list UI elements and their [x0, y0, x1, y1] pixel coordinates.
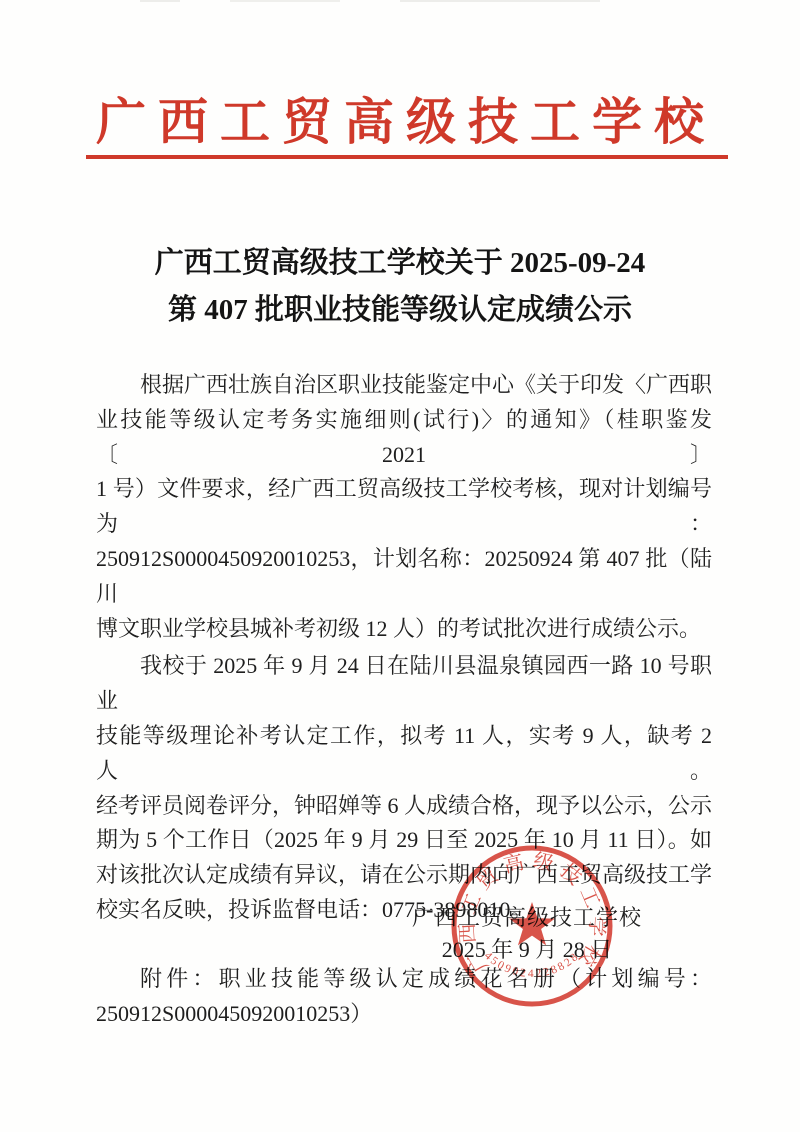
document-title: 广西工贸高级技工学校关于 2025-09-24 第 407 批职业技能等级认定成… [0, 240, 800, 334]
body-line: 1 号）文件要求，经广西工贸高级技工学校考核，现对计划编号为： [96, 472, 712, 542]
body-line: 技能等级理论补考认定工作，拟考 11 人，实考 9 人，缺考 2 人。 [96, 719, 712, 789]
scan-edge-artifact [140, 0, 600, 2]
body-line: 对该批次认定成绩有异议，请在公示期内向广西工贸高级技工学 [96, 858, 712, 893]
document-title-line1: 广西工贸高级技工学校关于 2025-09-24 [0, 240, 800, 287]
paragraph-results: 我校于 2025 年 9 月 24 日在陆川县温泉镇园西一路 10 号职业 技能… [96, 649, 712, 927]
document-page: 广西工贸高级技工学校 广西工贸高级技工学校关于 2025-09-24 第 407… [0, 0, 800, 1132]
paragraph-basis: 根据广西壮族自治区职业技能鉴定中心《关于印发〈广西职 业技能等级认定考务实施细则… [96, 368, 712, 646]
signature-block: 广西工贸高级技工学校 2025 年 9 月 28 日 [360, 902, 694, 966]
body-line: 经考评员阅卷评分，钟昭婵等 6 人成绩合格，现予以公示，公示 [96, 789, 712, 824]
body-line: 期为 5 个工作日（2025 年 9 月 29 日至 2025 年 10 月 1… [96, 823, 712, 858]
body-line: 业技能等级认定考务实施细则(试行)〉的通知》（桂职鉴发〔2021〕 [96, 403, 712, 473]
signature-org-name: 广西工贸高级技工学校 [360, 902, 694, 934]
body-line: 250912S0000450920010253） [96, 997, 712, 1032]
body-line: 我校于 2025 年 9 月 24 日在陆川县温泉镇园西一路 10 号职业 [96, 649, 712, 719]
signature-date: 2025 年 9 月 28 日 [360, 934, 694, 966]
body-line: 根据广西壮族自治区职业技能鉴定中心《关于印发〈广西职 [96, 368, 712, 403]
letterhead-school-name: 广西工贸高级技工学校 [0, 94, 800, 150]
paragraph-attachment: 附件：职业技能等级认定成绩花名册（计划编号： 250912S0000450920… [96, 962, 712, 1032]
letterhead-divider [86, 155, 728, 159]
body-line: 博文职业学校县城补考初级 12 人）的考试批次进行成绩公示。 [96, 612, 712, 647]
document-title-line2: 第 407 批职业技能等级认定成绩公示 [0, 287, 800, 334]
body-line: 附件：职业技能等级认定成绩花名册（计划编号： [96, 962, 712, 997]
body-line: 250912S0000450920010253，计划名称：20250924 第 … [96, 542, 712, 612]
